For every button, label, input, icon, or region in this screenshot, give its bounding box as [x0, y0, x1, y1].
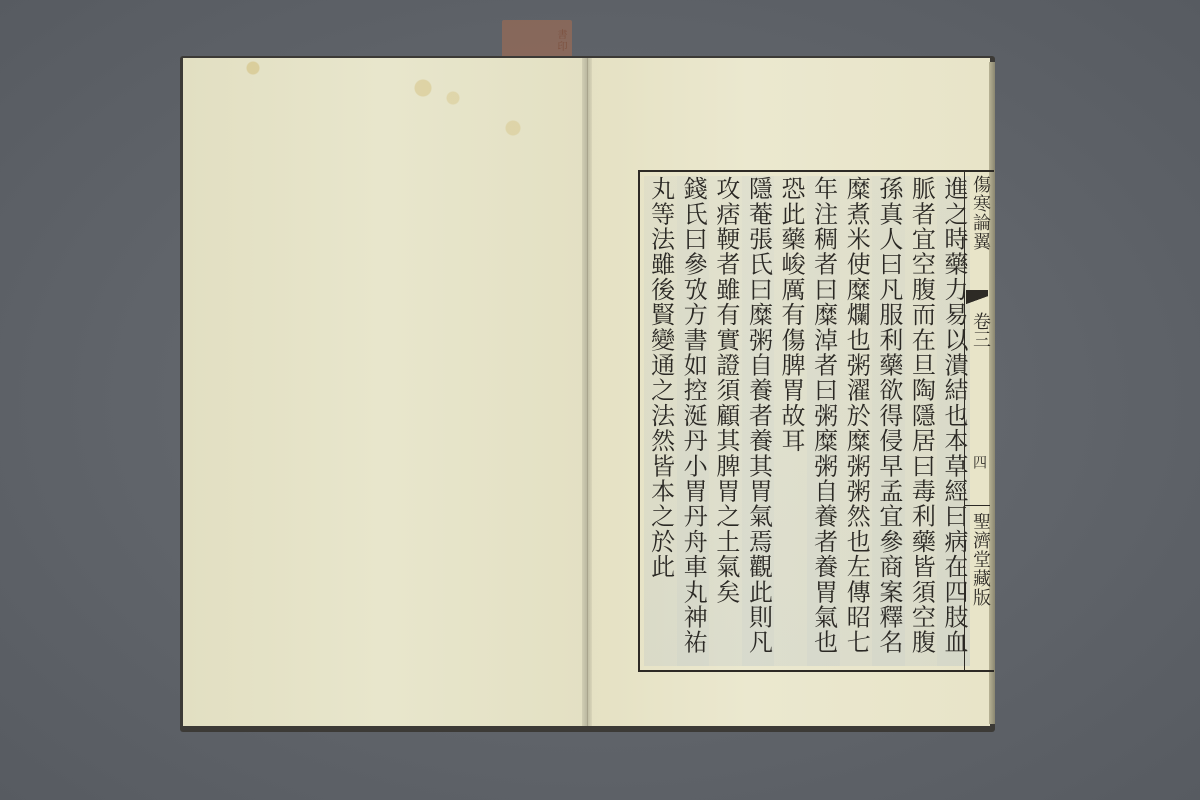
book-gutter	[582, 58, 592, 726]
publisher-label: 聖濟堂藏版	[967, 512, 993, 607]
text-column: 恐此藥峻厲有傷脾胃故耳	[774, 176, 807, 666]
page-number: 四	[969, 455, 989, 469]
text-column: 糜煮米使糜爛也粥濯於糜粥粥然也左傳昭七	[840, 176, 873, 666]
book-title: 傷寒論翼	[967, 175, 993, 251]
text-column: 丸等法雖後賢變通之法然皆本之於此	[644, 176, 677, 666]
frame-top-rule	[638, 170, 990, 172]
volume-label: 卷三	[967, 312, 993, 348]
fish-tail-mark-icon	[966, 290, 988, 310]
text-column: 攻痞鞕者雖有實證須顧其脾胃之土氣矣	[709, 176, 742, 666]
text-column: 年注稠者曰糜淖者曰粥糜粥自養者養胃氣也	[807, 176, 840, 666]
text-block: 進之時藥力易以潰結也本草經曰病在四肢血 脈者宜空腹而在旦陶隱居曰毒利藥皆須空腹 …	[644, 176, 970, 666]
text-column: 錢氏曰參攷方書如控涎丹小胃丹舟車丸神祐	[677, 176, 710, 666]
text-column: 孫真人曰凡服利藥欲得侵早孟宜參商案釋名	[872, 176, 905, 666]
left-page-blank	[183, 58, 588, 726]
banxin-divider	[964, 505, 990, 506]
seal-text: 書印	[508, 24, 568, 58]
text-column: 脈者宜空腹而在旦陶隱居曰毒利藥皆須空腹	[905, 176, 938, 666]
text-column: 隱菴張氏曰糜粥自養者養其胃氣焉觀此則凡	[742, 176, 775, 666]
